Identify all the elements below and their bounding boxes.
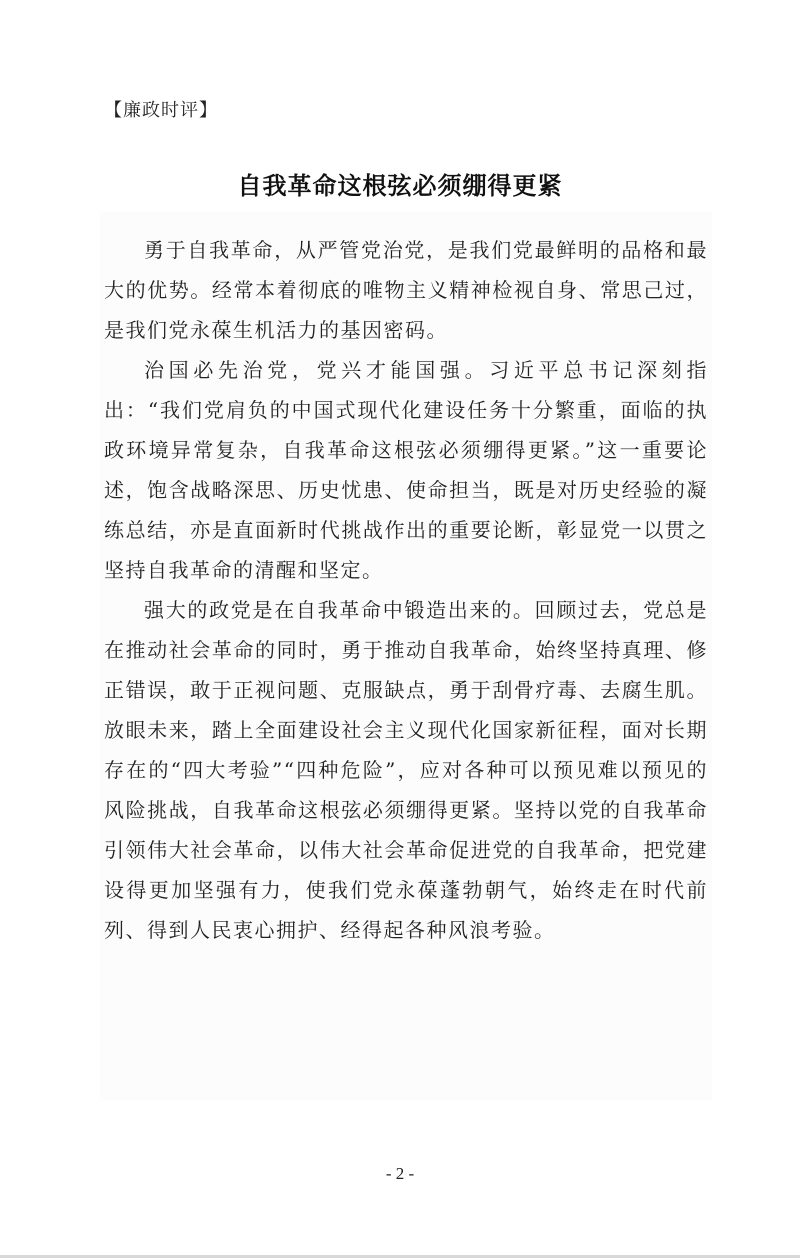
- article-body: 勇于自我革命，从严管党治党，是我们党最鲜明的品格和最大的优势。经常本着彻底的唯物…: [104, 230, 708, 950]
- column-tag: 【廉政时评】: [104, 96, 218, 122]
- document-page: 【廉政时评】 自我革命这根弦必须绷得更紧 勇于自我革命，从严管党治党，是我们党最…: [0, 0, 800, 1256]
- page-number: - 2 -: [0, 1164, 800, 1184]
- paragraph: 勇于自我革命，从严管党治党，是我们党最鲜明的品格和最大的优势。经常本着彻底的唯物…: [104, 230, 708, 350]
- article-title: 自我革命这根弦必须绷得更紧: [0, 166, 800, 201]
- paragraph: 治国必先治党，党兴才能国强。习近平总书记深刻指出：“我们党肩负的中国式现代化建设…: [104, 350, 708, 590]
- paragraph: 强大的政党是在自我革命中锻造出来的。回顾过去，党总是在推动社会革命的同时，勇于推…: [104, 590, 708, 950]
